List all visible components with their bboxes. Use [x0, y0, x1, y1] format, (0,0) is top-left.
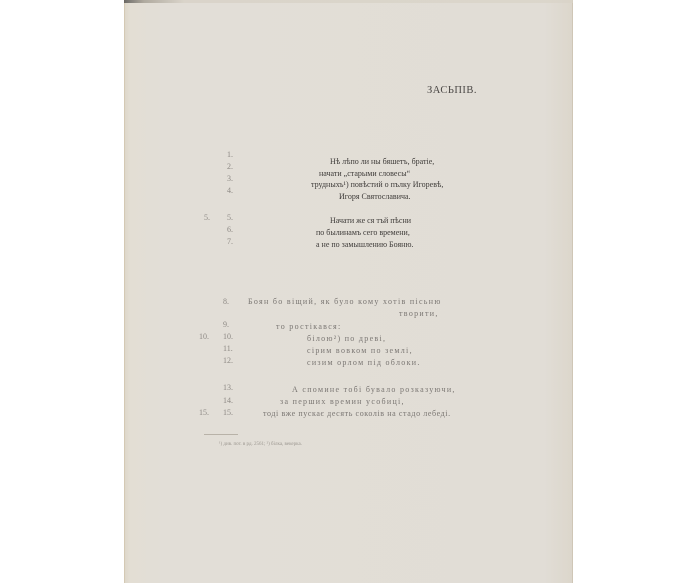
verse-line: сизим орлом під облоки. — [307, 358, 421, 367]
line-number: 13. — [223, 383, 233, 392]
line-number: 1. — [227, 150, 233, 159]
page-heading: ЗАСЬПІВ. — [427, 85, 477, 96]
verse-line: трудныхъ¹) повѣстий о пълку Игоревѣ, — [311, 180, 443, 189]
verse-line: а не по замышлению Бояню. — [316, 240, 413, 249]
verse-line: тоді вже пускає десять соколів на стадо … — [263, 409, 451, 418]
verse-line: білою²) по древі, — [307, 334, 386, 343]
verse-line: Нѣ лѣпо ли ны бяшетъ, братіе, — [330, 157, 434, 166]
outer-line-number: 15. — [199, 408, 209, 417]
verse-line: Боян бо віщий, як було кому хотів пісьню — [248, 297, 442, 306]
line-number: 9. — [223, 320, 229, 329]
verse-line: то ростікався: — [276, 322, 342, 331]
line-number: 2. — [227, 162, 233, 171]
verse-line-continuation: творити, — [399, 309, 439, 318]
line-number: 15. — [223, 408, 233, 417]
outer-line-number: 10. — [199, 332, 209, 341]
scanned-page: ЗАСЬПІВ. 1. Нѣ лѣпо ли ны бяшетъ, братіе… — [124, 0, 573, 583]
line-number: 4. — [227, 186, 233, 195]
verse-line: сірим вовком по землі, — [307, 346, 413, 355]
footnote-rule — [204, 434, 238, 435]
verse-line: за перших времин усобиці, — [280, 397, 405, 406]
verse-line: Начати же ся тъй пѣсни — [330, 216, 411, 225]
line-number: 5. — [227, 213, 233, 222]
line-number: 8. — [223, 297, 229, 306]
verse-line: Игоря Святославича. — [339, 192, 411, 201]
outer-line-number: 5. — [204, 213, 210, 222]
line-number: 12. — [223, 356, 233, 365]
verse-line: начати „старыми словесы“ — [319, 169, 410, 178]
line-number: 10. — [223, 332, 233, 341]
footnote: ¹) див. пот. в рд. 2561; ²) білка, векер… — [219, 442, 302, 447]
line-number: 11. — [223, 344, 233, 353]
line-number: 6. — [227, 225, 233, 234]
page-edge-shadow — [124, 0, 573, 3]
verse-line: А спомине тобі бувало розказуючи, — [292, 385, 456, 394]
line-number: 3. — [227, 174, 233, 183]
line-number: 14. — [223, 396, 233, 405]
line-number: 7. — [227, 237, 233, 246]
verse-line: по былинамъ сего времени, — [316, 228, 410, 237]
